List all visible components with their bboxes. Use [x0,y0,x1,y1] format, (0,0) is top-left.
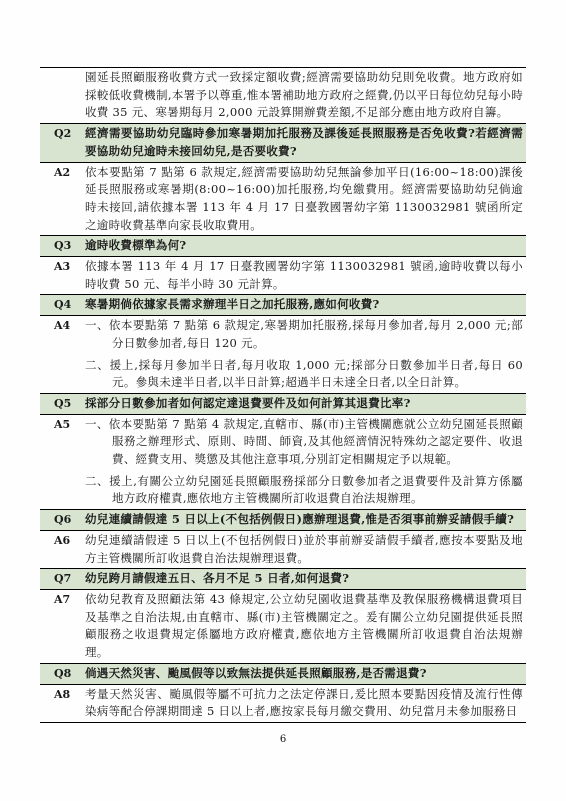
answer-list-item-2: 二、援上,有關公立幼兒園延長照顧服務採部分日數參加者之退費要件及計算方係屬地方政… [85,473,523,508]
answer-paragraph: 依本要點第 7 點第 6 款規定,經濟需要協助幼兒無論參加平日(16:00~18… [85,164,523,235]
answer-label-a5: A5 [40,415,85,510]
question-text-q4: 寒暑期倘依據家長需求辦理半日之加托服務,應如何收費? [85,295,526,315]
question-label-q6: Q6 [40,510,85,530]
answer-row-a5: A5 一、依本要點第 7 點第 4 款規定,直轄市、縣(市)主管機關應就公立幼兒… [40,415,526,511]
document-page: 園延長照顧服務收費方式一致採定額收費;經濟需要協助幼兒則免收費。地方政府如採較低… [0,0,566,801]
question-row-q8: Q8 倘遇天然災害、颱風假等以致無法提供延長照顧服務,是否需退費? [40,664,526,685]
qa-table: 園延長照顧服務收費方式一致採定額收費;經濟需要協助幼兒則免收費。地方政府如採較低… [40,67,526,723]
answer-paragraph: 依據本署 113 年 4 月 17 日臺教國署幼字第 1130032981 號函… [85,258,523,293]
question-label-q8: Q8 [40,664,85,684]
question-label-q7: Q7 [40,569,85,589]
answer-label-a7: A7 [40,590,85,663]
answer-list-item-2: 二、援上,採每月參加半日者,每月收取 1,000 元;採部分日數參加半日者,每日… [85,357,523,392]
answer-label-a6: A6 [40,531,85,568]
question-text-q8: 倘遇天然災害、颱風假等以致無法提供延長照顧服務,是否需退費? [85,664,526,684]
page-number: 6 [0,734,566,745]
answer-label-a8: A8 [40,685,85,722]
answer-text-a7: 依幼兒教育及照顧法第 43 條規定,公立幼兒園收退費基準及教保服務機構退費項目及… [85,590,526,663]
answer-text-a8: 考量天然災害、颱風假等屬不可抗力之法定停課日,爰比照本要點因疫情及流行性傳染病等… [85,685,526,722]
answer-label-a4: A4 [40,316,85,393]
question-label-q2: Q2 [40,124,85,161]
answer-row-a8: A8 考量天然災害、颱風假等屬不可抗力之法定停課日,爰比照本要點因疫情及流行性傳… [40,685,526,723]
question-row-q3: Q3 逾時收費標準為何? [40,236,526,257]
question-text-q2: 經濟需要協助幼兒臨時參加寒暑期加托服務及課後延長照服務是否免收費?若經濟需要協助… [85,124,526,161]
question-text-q5: 採部分日數參加者如何認定達退費要件及如何計算其退費比率? [85,394,526,414]
intro-text: 園延長照顧服務收費方式一致採定額收費;經濟需要協助幼兒則免收費。地方政府如採較低… [85,68,526,123]
question-row-q2: Q2 經濟需要協助幼兒臨時參加寒暑期加托服務及課後延長照服務是否免收費?若經濟需… [40,124,526,162]
intro-label-cell [40,68,85,123]
answer-row-a6: A6 幼兒連續請假達 5 日以上(不包括例假日)並於事前辦妥請假手續者,應按本要… [40,531,526,569]
question-label-q5: Q5 [40,394,85,414]
answer-paragraph: 依幼兒教育及照顧法第 43 條規定,公立幼兒園收退費基準及教保服務機構退費項目及… [85,591,523,662]
answer-label-a3: A3 [40,257,85,294]
answer-text-a3: 依據本署 113 年 4 月 17 日臺教國署幼字第 1130032981 號函… [85,257,526,294]
answer-paragraph: 幼兒連續請假達 5 日以上(不包括例假日)並於事前辦妥請假手續者,應按本要點及地… [85,532,523,567]
answer-list-item-1: 一、依本要點第 7 點第 6 款規定,寒暑期加托服務,採每月參加者,每月 2,0… [85,317,523,352]
answer-row-a7: A7 依幼兒教育及照顧法第 43 條規定,公立幼兒園收退費基準及教保服務機構退費… [40,590,526,664]
question-text-q6: 幼兒連續請假達 5 日以上(不包括例假日)應辦理退費,惟是否須事前辦妥請假手續? [85,510,526,530]
question-row-q6: Q6 幼兒連續請假達 5 日以上(不包括例假日)應辦理退費,惟是否須事前辦妥請假… [40,510,526,531]
question-row-q7: Q7 幼兒跨月請假達五日、各月不足 5 日者,如何退費? [40,569,526,590]
answer-row-a3: A3 依據本署 113 年 4 月 17 日臺教國署幼字第 1130032981… [40,257,526,295]
answer-list-item-1: 一、依本要點第 7 點第 4 款規定,直轄市、縣(市)主管機關應就公立幼兒園延長… [85,416,523,469]
question-text-q3: 逾時收費標準為何? [85,236,526,256]
question-text-q7: 幼兒跨月請假達五日、各月不足 5 日者,如何退費? [85,569,526,589]
answer-row-a4: A4 一、依本要點第 7 點第 6 款規定,寒暑期加托服務,採每月參加者,每月 … [40,316,526,394]
answer-row-a2: A2 依本要點第 7 點第 6 款規定,經濟需要協助幼兒無論參加平日(16:00… [40,163,526,237]
question-row-q4: Q4 寒暑期倘依據家長需求辦理半日之加托服務,應如何收費? [40,295,526,316]
question-label-q4: Q4 [40,295,85,315]
answer-paragraph: 考量天然災害、颱風假等屬不可抗力之法定停課日,爰比照本要點因疫情及流行性傳染病等… [85,686,523,721]
question-label-q3: Q3 [40,236,85,256]
question-row-q5: Q5 採部分日數參加者如何認定達退費要件及如何計算其退費比率? [40,394,526,415]
answer-label-a2: A2 [40,163,85,236]
answer-text-a6: 幼兒連續請假達 5 日以上(不包括例假日)並於事前辦妥請假手續者,應按本要點及地… [85,531,526,568]
answer-text-a4: 一、依本要點第 7 點第 6 款規定,寒暑期加托服務,採每月參加者,每月 2,0… [85,316,526,393]
intro-row: 園延長照顧服務收費方式一致採定額收費;經濟需要協助幼兒則免收費。地方政府如採較低… [40,68,526,124]
answer-text-a5: 一、依本要點第 7 點第 4 款規定,直轄市、縣(市)主管機關應就公立幼兒園延長… [85,415,526,510]
answer-text-a2: 依本要點第 7 點第 6 款規定,經濟需要協助幼兒無論參加平日(16:00~18… [85,163,526,236]
